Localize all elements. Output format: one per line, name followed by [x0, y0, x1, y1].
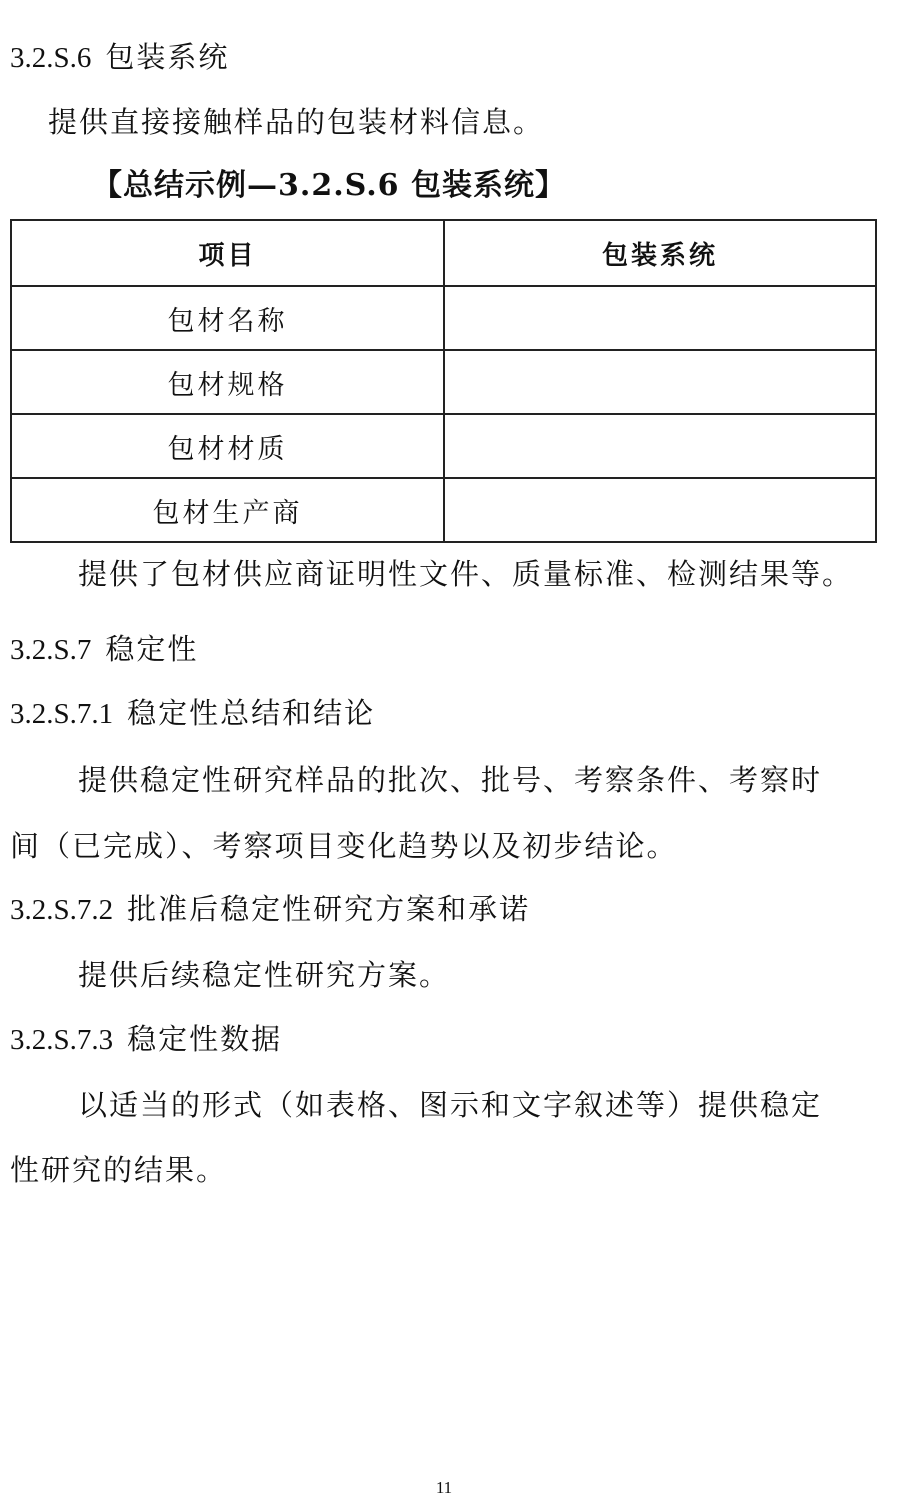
paragraph-line: 提供后续稳定性研究方案。 — [78, 957, 450, 993]
section-number: 3.2.S.6 — [10, 42, 91, 74]
row-value — [444, 414, 876, 478]
section-heading-3-2-s-7-1: 3.2.S.7.1稳定性总结和结论 — [10, 696, 375, 732]
paragraph-line: 性研究的结果。 — [10, 1152, 227, 1188]
paragraph-line: 间（已完成）、考察项目变化趋势以及初步结论。 — [10, 828, 678, 864]
section-heading-3-2-s-6: 3.2.S.6包装系统 — [10, 40, 229, 76]
table-header-row: 项目 包装系统 — [11, 220, 876, 286]
section-number: 3.2.S.7 — [10, 634, 91, 666]
section-heading-3-2-s-7-3: 3.2.S.7.3稳定性数据 — [10, 1022, 282, 1058]
section-heading-3-2-s-7-2: 3.2.S.7.2批准后稳定性研究方案和承诺 — [10, 892, 530, 928]
section-number: 3.2.S.7.2 — [10, 894, 113, 926]
section-intro-paragraph: 提供直接接触样品的包装材料信息。 — [48, 104, 544, 140]
page-number: 11 — [0, 1478, 888, 1498]
row-value — [444, 478, 876, 542]
table-row: 包材名称 — [11, 286, 876, 350]
example-table-title: 【总结示例—3.2.S.6 包装系统】 — [92, 166, 566, 206]
section-number: 3.2.S.7.1 — [10, 698, 113, 730]
row-label: 包材名称 — [11, 286, 444, 350]
section-title: 稳定性数据 — [127, 1024, 282, 1056]
section-heading-3-2-s-7: 3.2.S.7稳定性 — [10, 632, 198, 668]
row-value — [444, 286, 876, 350]
row-label: 包材规格 — [11, 350, 444, 414]
section-number: 3.2.S.7.3 — [10, 1024, 113, 1056]
packaging-system-table: 项目 包装系统 包材名称 包材规格 包材材质 包材生产商 — [10, 219, 877, 543]
header-item: 项目 — [11, 220, 444, 286]
section-title: 批准后稳定性研究方案和承诺 — [127, 894, 530, 926]
paragraph-line: 提供稳定性研究样品的批次、批号、考察条件、考察时 — [78, 762, 822, 798]
paragraph-line: 以适当的形式（如表格、图示和文字叙述等）提供稳定 — [78, 1087, 822, 1123]
section-title: 稳定性 — [105, 634, 198, 666]
section-title: 稳定性总结和结论 — [127, 698, 375, 730]
table-row: 包材生产商 — [11, 478, 876, 542]
table-row: 包材规格 — [11, 350, 876, 414]
table-row: 包材材质 — [11, 414, 876, 478]
table-note-paragraph: 提供了包材供应商证明性文件、质量标准、检测结果等。 — [78, 556, 853, 592]
row-label: 包材材质 — [11, 414, 444, 478]
row-label: 包材生产商 — [11, 478, 444, 542]
section-title: 包装系统 — [105, 42, 229, 74]
header-packaging-system: 包装系统 — [444, 220, 876, 286]
row-value — [444, 350, 876, 414]
